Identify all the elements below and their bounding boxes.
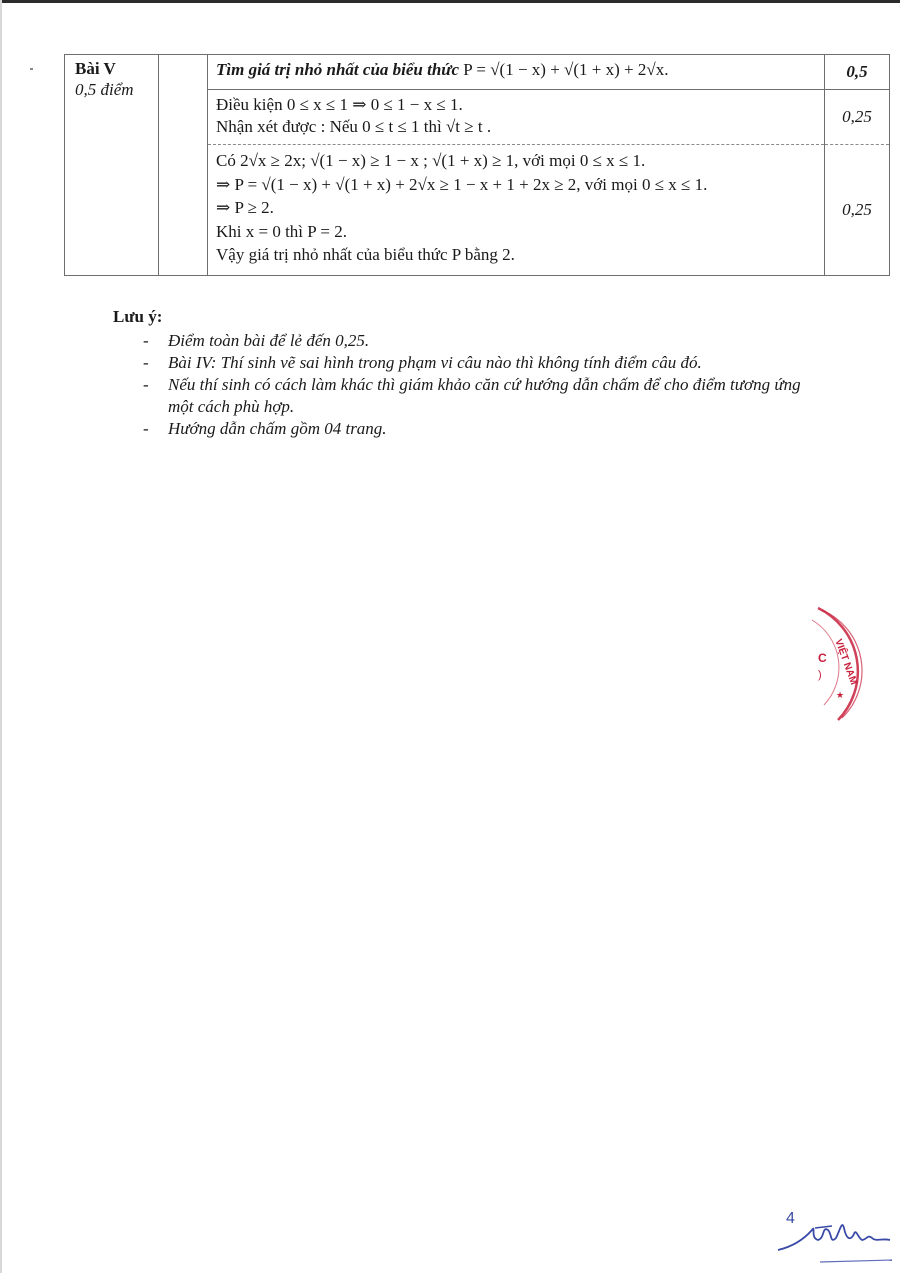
list-item: Hướng dẫn chấm gồm 04 trang. xyxy=(143,418,808,440)
step2-line: Vậy giá trị nhỏ nhất của biểu thức P bằn… xyxy=(216,243,816,267)
grading-table: Bài V 0,5 điểm Tìm giá trị nhỏ nhất của … xyxy=(64,54,890,276)
step2-line: ⇒ P ≥ 2. xyxy=(216,196,816,220)
scan-left-edge xyxy=(0,0,2,1273)
svg-text:C: C xyxy=(818,651,827,665)
problem-points: 0,5 điểm xyxy=(75,79,158,101)
step2-score: 0,25 xyxy=(842,200,872,219)
step2-line: Có 2√x ≥ 2x; √(1 − x) ≥ 1 − x ; √(1 + x)… xyxy=(216,149,816,173)
svg-text:): ) xyxy=(818,669,822,681)
step2-line: Khi x = 0 thì P = 2. xyxy=(216,220,816,244)
official-stamp-icon: VIỆT NAM C ) ★ xyxy=(808,600,898,730)
step2-score-cell: 0,25 xyxy=(825,145,890,276)
scan-top-edge xyxy=(0,0,900,3)
step2-cell: Có 2√x ≥ 2x; √(1 − x) ≥ 1 − x ; √(1 + x)… xyxy=(208,145,825,276)
step1-score-cell: 0,25 xyxy=(825,90,890,145)
step1-line: Nhận xét được : Nếu 0 ≤ t ≤ 1 thì √t ≥ t… xyxy=(216,116,816,138)
list-item: Bài IV: Thí sinh vẽ sai hình trong phạm … xyxy=(143,352,808,374)
question-score-cell: 0,5 xyxy=(825,55,890,90)
list-item: Nếu thí sinh có cách làm khác thì giám k… xyxy=(143,374,808,418)
step1-cell: Điều kiện 0 ≤ x ≤ 1 ⇒ 0 ≤ 1 − x ≤ 1. Nhậ… xyxy=(208,90,825,145)
list-item: Điểm toàn bài để lẻ đến 0,25. xyxy=(143,330,808,352)
question-formula: P = √(1 − x) + √(1 + x) + 2√x. xyxy=(463,60,668,79)
question-prefix: Tìm giá trị nhỏ nhất của biểu thức xyxy=(216,60,459,79)
notes-list: Điểm toàn bài để lẻ đến 0,25. Bài IV: Th… xyxy=(113,330,808,440)
signature-icon xyxy=(770,1208,895,1268)
notes-title: Lưu ý: xyxy=(113,306,808,328)
step1-score: 0,25 xyxy=(842,107,872,126)
question-cell: Tìm giá trị nhỏ nhất của biểu thức P = √… xyxy=(208,55,825,90)
step2-line: ⇒ P = √(1 − x) + √(1 + x) + 2√x ≥ 1 − x … xyxy=(216,173,816,197)
problem-label: Bài V xyxy=(75,59,158,79)
notes-section: Lưu ý: Điểm toàn bài để lẻ đến 0,25. Bài… xyxy=(113,306,808,440)
step1-line: Điều kiện 0 ≤ x ≤ 1 ⇒ 0 ≤ 1 − x ≤ 1. xyxy=(216,94,816,116)
table-row: Bài V 0,5 điểm Tìm giá trị nhỏ nhất của … xyxy=(65,55,890,90)
problem-cell: Bài V 0,5 điểm xyxy=(65,55,159,276)
svg-text:★: ★ xyxy=(836,690,844,700)
question-score: 0,5 xyxy=(846,62,867,81)
subpart-cell xyxy=(159,55,208,276)
scan-speck xyxy=(30,68,33,70)
